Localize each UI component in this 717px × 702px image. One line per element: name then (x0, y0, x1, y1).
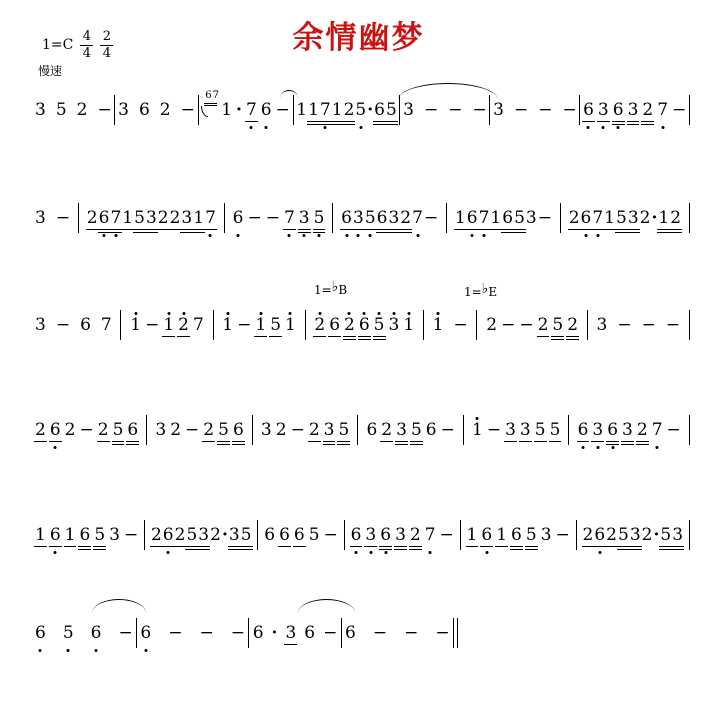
underline-eighth (385, 121, 398, 122)
barline (568, 415, 569, 445)
note-digit: 6 (80, 315, 91, 336)
note-digit: 3 (35, 208, 46, 229)
note-digit: 3 (146, 208, 157, 229)
note-digit: 5 (309, 525, 320, 546)
note-digit: 5 (314, 208, 325, 229)
dash-note: − (424, 208, 438, 229)
underline-eighth (350, 546, 363, 547)
measure: 161653− (467, 525, 570, 546)
measure: 3−−− (597, 315, 681, 336)
note-digit: 2 (670, 208, 681, 229)
barline (224, 203, 225, 233)
underline-sixteenth (323, 444, 336, 445)
augmentation-dot: · (367, 100, 373, 121)
note-digit: 6 (99, 208, 110, 229)
underline-eighth (612, 121, 625, 122)
octave-dot-high (407, 312, 410, 315)
note-digit: 3 (672, 525, 683, 546)
note-digit: 3 (598, 100, 609, 121)
note-digit: 1 (35, 525, 46, 546)
measure: 3−−− (493, 100, 577, 121)
underline-sixteenth (669, 232, 682, 233)
key-change-label: 1=♭B (314, 279, 347, 297)
dash-note: − (556, 525, 570, 546)
underline-eighth (525, 546, 538, 547)
dash-note: − (56, 315, 70, 336)
note-digit: 5 (550, 420, 561, 441)
measure: 161653− (35, 525, 138, 546)
underline-eighth (395, 441, 408, 442)
measure: 32−256 (155, 420, 243, 441)
underline-sixteenth (343, 124, 356, 125)
barline (257, 520, 258, 550)
note-digit: 3 (35, 315, 46, 336)
note-digit: 6 (467, 208, 478, 229)
note-digit: 5 (186, 525, 197, 546)
note-digit: 6 (345, 623, 356, 644)
note-digit: 2 (583, 525, 594, 546)
underline-eighth (504, 441, 517, 442)
note-digit: 5 (514, 208, 525, 229)
note-digit: 5 (338, 420, 349, 441)
dash-note: − (124, 525, 138, 546)
note-digit: 6 (359, 315, 370, 336)
underline-eighth (621, 441, 634, 442)
dash-note: − (79, 420, 93, 441)
note-digit: 7 (652, 420, 663, 441)
note-digit: 2 (569, 208, 580, 229)
underline-sixteenth (385, 124, 398, 125)
dash-note: − (404, 623, 418, 644)
octave-dot-low (617, 126, 620, 129)
octave-dot-high (476, 417, 479, 420)
note-digit: 2 (538, 315, 549, 336)
underline-eighth (34, 441, 47, 442)
dash-note: − (231, 623, 245, 644)
underline-eighth (394, 546, 407, 547)
note-digit: 3 (118, 100, 129, 121)
octave-dot-low (384, 551, 387, 554)
underline-sixteenth (112, 444, 125, 445)
measure: 3−−− (403, 100, 487, 121)
note-digit: 7 (320, 100, 331, 121)
note-digit: 3 (35, 100, 46, 121)
note-digit: 6 (583, 100, 594, 121)
barline (576, 520, 577, 550)
octave-dot-low (661, 126, 664, 129)
underline-sixteenth (410, 444, 423, 445)
note-digit: 2 (381, 420, 392, 441)
note-digit: 2 (35, 420, 46, 441)
grace-notes: 67 (201, 100, 217, 121)
measure: 1671653− (455, 208, 552, 229)
underline-eighth (232, 441, 245, 442)
measure: 117125·65 (296, 100, 397, 121)
underline-sixteenth (232, 444, 245, 445)
note-digit: 1 (308, 100, 319, 121)
dash-note: − (247, 208, 261, 229)
dash-note: − (538, 100, 552, 121)
underline-sixteenth (93, 549, 106, 550)
underline-eighth (343, 336, 356, 337)
underline-sixteenth (197, 549, 210, 550)
barline (689, 415, 690, 445)
underline-eighth (313, 336, 326, 337)
octave-dot-low (67, 649, 70, 652)
underline-sixteenth (109, 232, 122, 233)
note-digit: 1 (285, 315, 296, 336)
note-digit: 1 (122, 208, 133, 229)
barline (120, 310, 121, 340)
octave-dot-high (437, 312, 440, 315)
underline-eighth (313, 229, 326, 230)
key-change-letter: E (488, 285, 497, 299)
underline-eighth (671, 546, 684, 547)
note-digit: 2 (210, 525, 221, 546)
measure: 2−−252 (486, 315, 578, 336)
underline-sixteenth (525, 549, 538, 550)
underline-eighth (409, 546, 422, 547)
octave-dot-low (429, 551, 432, 554)
barline (460, 520, 461, 550)
grace-beam (204, 103, 217, 104)
underline-eighth (298, 229, 311, 230)
note-digit: 3 (181, 208, 192, 229)
note-digit: 3 (155, 420, 166, 441)
barline (689, 203, 690, 233)
note-digit: 6 (481, 525, 492, 546)
octave-dot-low (265, 126, 268, 129)
notation-area: 352−362−671·76−117125·653−−−3−−−636327−3… (0, 0, 717, 702)
underline-sixteenth (551, 339, 564, 340)
note-digit: 2 (203, 420, 214, 441)
underline-sixteenth (510, 549, 523, 550)
dash-note: − (487, 420, 501, 441)
measure: 1−127 (130, 315, 204, 336)
underline-sixteenth (395, 444, 408, 445)
note-digit: 5 (660, 525, 671, 546)
underline-eighth (308, 441, 321, 442)
underline-eighth (534, 441, 547, 442)
dash-note: − (373, 623, 387, 644)
note-digit: 6 (366, 420, 377, 441)
note-digit: 6 (279, 525, 290, 546)
underline-eighth (245, 121, 258, 122)
note-digit: 3 (388, 208, 399, 229)
underline-sixteenth (409, 549, 422, 550)
augmentation-dot: · (651, 208, 657, 229)
dash-note: − (291, 420, 305, 441)
note-digit: 6 (304, 623, 315, 644)
final-barline (453, 618, 454, 648)
note-digit: 6 (351, 525, 362, 546)
measure: 3− (35, 208, 70, 229)
notation-line-4: 262−25632−25632−23562356−1−3355636327− (35, 413, 690, 447)
note-digit: 6 (233, 420, 244, 441)
dash-note: − (617, 315, 631, 336)
note-digit: 6 (261, 100, 272, 121)
underline-eighth (64, 546, 77, 547)
underline-eighth (551, 336, 564, 337)
underline-sixteenth (629, 549, 642, 550)
underline-eighth (177, 336, 190, 337)
underline-eighth (380, 441, 393, 442)
note-digit: 6 (374, 100, 385, 121)
underline-eighth (495, 546, 508, 547)
underline-eighth (284, 644, 297, 645)
note-digit: 5 (616, 208, 627, 229)
grace-slur (201, 106, 208, 117)
note-digit: 1 (65, 525, 76, 546)
note-digit: 6 (50, 525, 61, 546)
underline-sixteenth (627, 124, 640, 125)
augmentation-dot: · (272, 623, 278, 644)
note-digit: 6 (329, 315, 340, 336)
note-digit: 2 (640, 208, 651, 229)
underline-eighth (34, 546, 47, 547)
octave-dot-low (237, 234, 240, 237)
note-digit: 2 (642, 525, 653, 546)
measure: 1−151 (222, 315, 296, 336)
dash-note: − (562, 100, 576, 121)
octave-dot-low (250, 126, 253, 129)
barline (293, 95, 294, 125)
octave-dot-low (345, 234, 348, 237)
underline-sixteenth (379, 549, 392, 550)
octave-dot-low (114, 234, 117, 237)
tie-slur (92, 599, 146, 613)
note-digit: 2 (170, 208, 181, 229)
measure: 636327− (578, 420, 681, 441)
octave-dot-high (289, 312, 292, 315)
octave-dot-low (471, 234, 474, 237)
note-digit: 3 (630, 525, 641, 546)
note-digit: 2 (344, 315, 355, 336)
barline (144, 520, 145, 550)
measure: 32−235 (261, 420, 349, 441)
dash-note: − (642, 315, 656, 336)
note-digit: 3 (493, 100, 504, 121)
dash-note: − (441, 420, 455, 441)
underline-eighth (240, 546, 253, 547)
underline-eighth (78, 546, 91, 547)
underline-eighth (627, 121, 640, 122)
underline-eighth (202, 441, 215, 442)
note-digit: 3 (628, 100, 639, 121)
note-digit: 3 (622, 420, 633, 441)
octave-dot-high (378, 312, 381, 315)
measure: 1− (433, 315, 468, 336)
note-digit: 3 (520, 420, 531, 441)
measure: 6356327− (341, 208, 438, 229)
note-digit: 6 (294, 525, 305, 546)
underline-eighth (358, 336, 371, 337)
note-digit: 6 (91, 623, 102, 644)
dash-note: − (501, 315, 515, 336)
note-digit: 6 (233, 208, 244, 229)
note-digit: 7 (110, 208, 121, 229)
barline (344, 520, 345, 550)
octave-dot-low (288, 234, 291, 237)
underline-sixteenth (621, 444, 634, 445)
note-digit: 6 (377, 208, 388, 229)
measure: 2671532·12 (569, 208, 681, 229)
underline-sixteenth (394, 549, 407, 550)
measure: 26715322317 (87, 208, 216, 229)
octave-dot-low (581, 446, 584, 449)
octave-dot-low (482, 234, 485, 237)
note-digit: 5 (113, 420, 124, 441)
underline-sixteenth (126, 444, 139, 445)
dash-note: − (97, 100, 111, 121)
octave-dot-low (54, 551, 57, 554)
augmentation-dot: · (222, 525, 228, 546)
note-digit: 6 (79, 525, 90, 546)
octave-dot-low (354, 551, 357, 554)
note-digit: 7 (592, 208, 603, 229)
measure: 62356− (366, 420, 454, 441)
octave-dot-low (485, 551, 488, 554)
note-digit: 5 (374, 315, 385, 336)
note-digit: 2 (175, 525, 186, 546)
underline-sixteenth (612, 124, 625, 125)
octave-dot-low (416, 234, 419, 237)
note-digit: 2 (170, 420, 181, 441)
note-digit: 2 (314, 315, 325, 336)
underline-eighth (269, 336, 282, 337)
note-digit: 5 (355, 100, 366, 121)
note-digit: 6 (380, 525, 391, 546)
note-digit: 1 (222, 315, 233, 336)
barline (341, 618, 342, 648)
note-digit: 7 (284, 208, 295, 229)
key-change-prefix: 1= (314, 283, 332, 297)
note-digit: 3 (198, 525, 209, 546)
note-digit: 5 (618, 525, 629, 546)
octave-dot-low (611, 446, 614, 449)
note-digit: 6 (139, 100, 150, 121)
note-digit: 1 (255, 315, 266, 336)
octave-dot-low (357, 234, 360, 237)
barline (78, 203, 79, 233)
notation-line-1: 352−362−671·76−117125·653−−−3−−−636327− (35, 93, 690, 127)
note-digit: 2 (276, 420, 287, 441)
notation-line-6: 656−6−−−6·36−6−−− (35, 616, 460, 650)
note-digit: 2 (642, 100, 653, 121)
underline-eighth (669, 229, 682, 230)
tie-slur (298, 599, 355, 613)
note-digit: 5 (63, 623, 74, 644)
dash-note: − (266, 208, 280, 229)
note-digit: 1 (604, 208, 615, 229)
underline-eighth (373, 336, 386, 337)
barline (689, 520, 690, 550)
note-digit: 2 (178, 315, 189, 336)
measure: 671·76− (201, 100, 290, 121)
note-digit: 2 (160, 100, 171, 121)
note-digit: 2 (606, 525, 617, 546)
underline-sixteenth (240, 549, 253, 550)
measure: 6−−− (140, 623, 245, 644)
underline-sixteenth (566, 339, 579, 340)
underline-eighth (577, 441, 590, 442)
underline-eighth (97, 441, 110, 442)
underline-eighth (343, 121, 356, 122)
underline-sixteenth (145, 232, 158, 233)
octave-dot-low (596, 234, 599, 237)
note-digit: 6 (607, 420, 618, 441)
note-digit: 1 (490, 208, 501, 229)
octave-dot-low (602, 126, 605, 129)
dash-note: − (424, 100, 438, 121)
underline-eighth (636, 441, 649, 442)
note-digit: 1 (467, 525, 478, 546)
dash-note: − (181, 100, 195, 121)
note-digit: 3 (597, 315, 608, 336)
underline-eighth (49, 441, 62, 442)
underline-eighth (513, 229, 526, 230)
note-digit: 3 (541, 525, 552, 546)
note-digit: 5 (270, 315, 281, 336)
note-digit: 1 (496, 525, 507, 546)
octave-dot-high (226, 312, 229, 315)
note-digit: 6 (253, 623, 264, 644)
octave-dot-low (54, 446, 57, 449)
measure: 1−3355 (472, 420, 560, 441)
note-digit: 1 (472, 420, 483, 441)
dash-note: − (519, 315, 533, 336)
dash-note: − (237, 315, 251, 336)
note-digit: 3 (505, 420, 516, 441)
note-digit: 6 (140, 623, 151, 644)
underline-eighth (399, 229, 412, 230)
underline-eighth (204, 229, 217, 230)
barline (357, 415, 358, 445)
measure: 2626531 (314, 315, 414, 336)
underline-sixteenth (641, 124, 654, 125)
note-digit: 7 (479, 208, 490, 229)
dash-note: − (473, 100, 487, 121)
note-digit: 1 (163, 315, 174, 336)
dash-note: − (323, 623, 337, 644)
underline-eighth (410, 441, 423, 442)
tie-slur (280, 90, 298, 98)
underline-sixteenth (313, 232, 326, 233)
underline-eighth (293, 546, 306, 547)
underline-sixteenth (671, 549, 684, 550)
note-digit: 7 (193, 315, 204, 336)
underline-eighth (627, 229, 640, 230)
note-digit: 3 (353, 208, 364, 229)
barline (146, 415, 147, 445)
underline-eighth (591, 441, 604, 442)
note-digit: 6 (581, 208, 592, 229)
underline-sixteenth (513, 232, 526, 233)
measure: 6·36− (253, 623, 338, 644)
dash-note: − (667, 420, 681, 441)
note-digit: 6 (341, 208, 352, 229)
key-change-label: 1=♭E (464, 281, 497, 299)
underline-sixteenth (606, 444, 619, 445)
note-digit: 1 (658, 208, 669, 229)
underline-eighth (278, 546, 291, 547)
dash-note: − (440, 525, 454, 546)
measure: 352− (35, 100, 112, 121)
underline-sixteenth (627, 232, 640, 233)
underline-eighth (519, 441, 532, 442)
note-digit: 7 (246, 100, 257, 121)
underline-eighth (217, 441, 230, 442)
